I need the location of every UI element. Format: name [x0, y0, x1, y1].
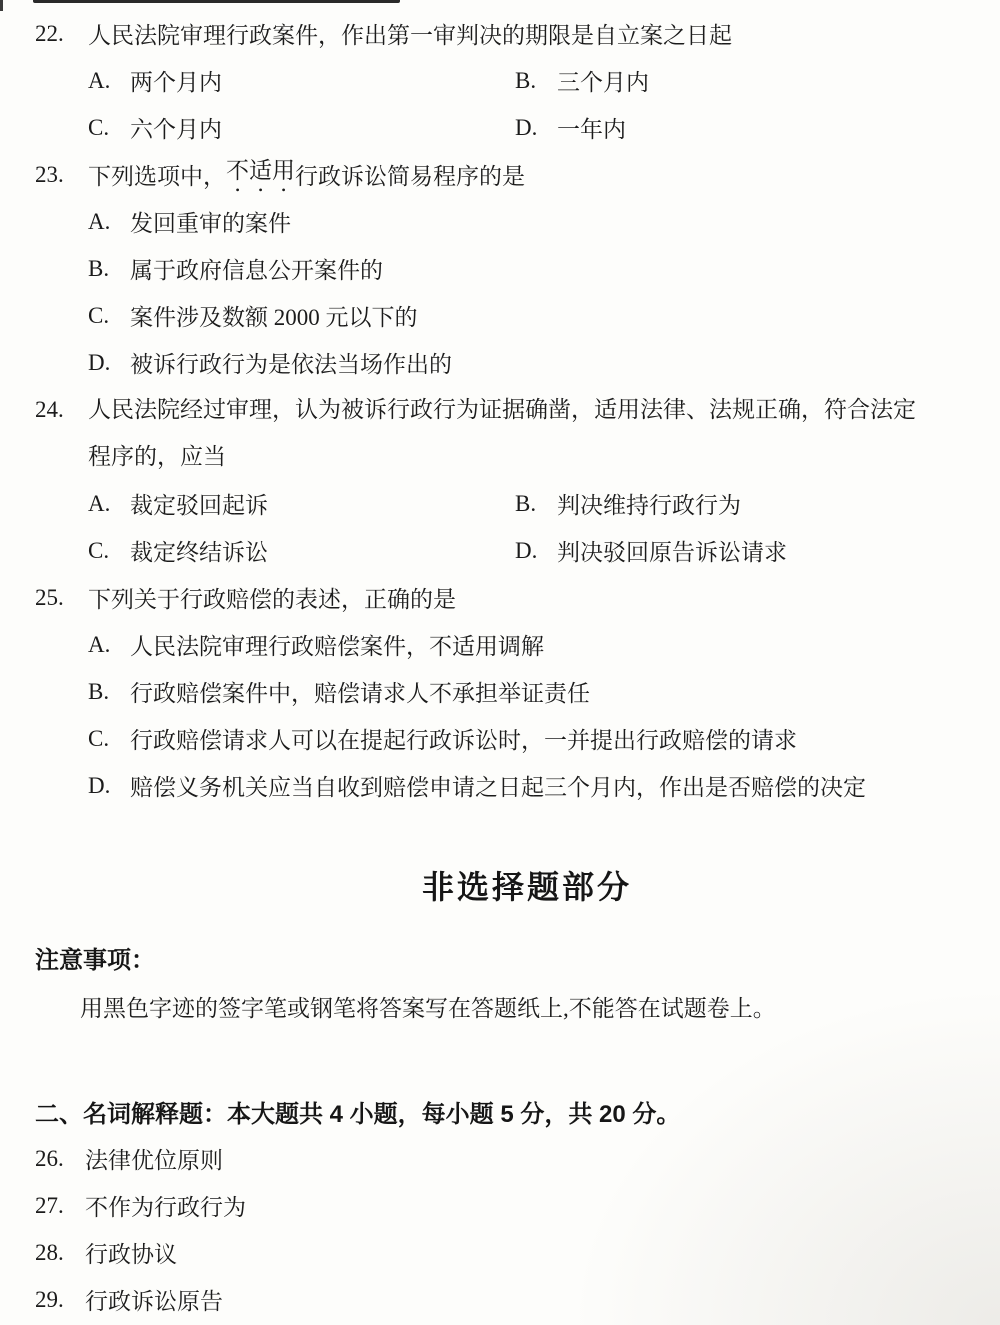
question-26: 26. 法律优位原则 [35, 1135, 962, 1182]
notice-title: 注意事项： [0, 941, 1000, 981]
option-label: D. [88, 773, 130, 799]
question-23-option-a: A. 发回重审的案件 [88, 198, 962, 245]
question-stem-text: 下列关于行政赔偿的表述，正确的是 [88, 581, 456, 614]
option-label: C. [88, 115, 130, 141]
option-text: 被诉行政行为是依法当场作出的 [130, 346, 452, 379]
question-stem-text: 人民法院审理行政案件，作出第一审判决的期限是自立案之日起 [88, 17, 732, 50]
option-label: B. [88, 679, 130, 705]
option-text: 案件涉及数额 2000 元以下的 [130, 299, 418, 332]
option-a: A. 人民法院审理行政赔偿案件，不适用调解 [88, 628, 544, 661]
option-label: B. [515, 491, 557, 517]
question-stem-text: 下列选项中， [88, 158, 226, 191]
option-a: A. 发回重审的案件 [88, 205, 291, 238]
option-b: B. 三个月内 [515, 64, 649, 97]
question-number: 26. [35, 1146, 85, 1172]
option-c: C. 裁定终结诉讼 [88, 534, 515, 567]
option-label: B. [88, 256, 130, 282]
multiple-choice-section: 22. 人民法院审理行政案件，作出第一审判决的期限是自立案之日起 A. 两个月内… [0, 0, 1000, 809]
option-label: D. [515, 538, 557, 564]
option-c: C. 六个月内 [88, 111, 515, 144]
option-label: B. [515, 68, 557, 94]
question-23-option-b: B. 属于政府信息公开案件的 [88, 245, 962, 292]
question-25-option-b: B. 行政赔偿案件中，赔偿请求人不承担举证责任 [88, 668, 962, 715]
option-d: D. 被诉行政行为是依法当场作出的 [88, 346, 452, 379]
option-text: 裁定驳回起诉 [130, 487, 268, 520]
question-number: 28. [35, 1240, 85, 1266]
question-text: 不作为行政行为 [85, 1189, 246, 1222]
option-text: 六个月内 [130, 111, 222, 144]
option-label: A. [88, 209, 130, 235]
option-text: 发回重审的案件 [130, 205, 291, 238]
question-number: 27. [35, 1193, 85, 1219]
option-a: A. 裁定驳回起诉 [88, 487, 515, 520]
question-29: 29. 行政诉讼原告 [35, 1276, 962, 1323]
question-25-option-a: A. 人民法院审理行政赔偿案件，不适用调解 [88, 621, 962, 668]
option-text: 判决维持行政行为 [557, 487, 741, 520]
section-heading: 非选择题部分 [0, 864, 1000, 911]
question-24-stem: 24. 人民法院经过审理，认为被诉行政行为证据确凿，适用法律、法规正确，符合法定… [35, 386, 962, 480]
emphasized-text: 不适用 [226, 152, 295, 197]
option-label: A. [88, 632, 130, 658]
option-d: D. 判决驳回原告诉讼请求 [515, 534, 787, 567]
option-text: 行政赔偿请求人可以在提起行政诉讼时，一并提出行政赔偿的请求 [130, 722, 797, 755]
option-b: B. 判决维持行政行为 [515, 487, 741, 520]
question-22-options-row-1: A. 两个月内 B. 三个月内 [88, 57, 962, 104]
question-24-options-row-1: A. 裁定驳回起诉 B. 判决维持行政行为 [88, 480, 962, 527]
question-stem-line-1: 人民法院经过审理，认为被诉行政行为证据确凿，适用法律、法规正确，符合法定 [88, 386, 916, 433]
question-22-stem: 22. 人民法院审理行政案件，作出第一审判决的期限是自立案之日起 [35, 10, 962, 57]
exam-page: 22. 人民法院审理行政案件，作出第一审判决的期限是自立案之日起 A. 两个月内… [0, 0, 1000, 1325]
option-text: 行政赔偿案件中，赔偿请求人不承担举证责任 [130, 675, 590, 708]
question-stem-wrap: 人民法院经过审理，认为被诉行政行为证据确凿，适用法律、法规正确，符合法定 程序的… [88, 386, 916, 480]
question-22-options-row-2: C. 六个月内 D. 一年内 [88, 104, 962, 151]
question-23-stem: 23. 下列选项中，不适用行政诉讼简易程序的是 [35, 151, 962, 198]
option-text: 判决驳回原告诉讼请求 [557, 534, 787, 567]
option-b: B. 属于政府信息公开案件的 [88, 252, 383, 285]
option-text: 人民法院审理行政赔偿案件，不适用调解 [130, 628, 544, 661]
option-text: 赔偿义务机关应当自收到赔偿申请之日起三个月内，作出是否赔偿的决定 [130, 769, 866, 802]
question-23-option-d: D. 被诉行政行为是依法当场作出的 [88, 339, 962, 386]
option-label: A. [88, 491, 130, 517]
question-stem-text: 行政诉讼简易程序的是 [295, 158, 525, 191]
question-number: 29. [35, 1287, 85, 1313]
cutoff-text-fragment [33, 0, 400, 3]
option-d: D. 赔偿义务机关应当自收到赔偿申请之日起三个月内，作出是否赔偿的决定 [88, 769, 866, 802]
option-text: 一年内 [557, 111, 626, 144]
question-stem-line-2: 程序的，应当 [88, 433, 916, 480]
option-text: 两个月内 [130, 64, 222, 97]
option-label: D. [515, 115, 557, 141]
question-25-option-d: D. 赔偿义务机关应当自收到赔偿申请之日起三个月内，作出是否赔偿的决定 [88, 762, 962, 809]
part2-heading: 二、名词解释题：本大题共 4 小题，每小题 5 分，共 20 分。 [0, 1095, 1000, 1135]
question-25-option-c: C. 行政赔偿请求人可以在提起行政诉讼时，一并提出行政赔偿的请求 [88, 715, 962, 762]
question-25-stem: 25. 下列关于行政赔偿的表述，正确的是 [35, 574, 962, 621]
option-label: A. [88, 68, 130, 94]
notice-body: 用黑色字迹的签字笔或钢笔将答案写在答题纸上,不能答在试题卷上。 [0, 989, 1000, 1029]
option-label: C. [88, 538, 130, 564]
question-text: 行政诉讼原告 [85, 1283, 223, 1316]
option-label: D. [88, 350, 130, 376]
question-text: 行政协议 [85, 1236, 177, 1269]
question-28: 28. 行政协议 [35, 1229, 962, 1276]
option-d: D. 一年内 [515, 111, 626, 144]
question-number: 23. [35, 162, 88, 188]
question-text: 法律优位原则 [85, 1142, 223, 1175]
question-23-option-c: C. 案件涉及数额 2000 元以下的 [88, 292, 962, 339]
option-text: 三个月内 [557, 64, 649, 97]
definition-questions: 26. 法律优位原则 27. 不作为行政行为 28. 行政协议 29. 行政诉讼… [0, 1135, 1000, 1323]
option-text: 裁定终结诉讼 [130, 534, 268, 567]
option-c: C. 行政赔偿请求人可以在提起行政诉讼时，一并提出行政赔偿的请求 [88, 722, 797, 755]
option-text: 属于政府信息公开案件的 [130, 252, 383, 285]
option-label: C. [88, 726, 130, 752]
question-number: 24. [35, 386, 88, 433]
question-number: 25. [35, 585, 88, 611]
option-a: A. 两个月内 [88, 64, 515, 97]
question-number: 22. [35, 21, 88, 47]
scan-edge-mark [0, 0, 3, 11]
option-b: B. 行政赔偿案件中，赔偿请求人不承担举证责任 [88, 675, 590, 708]
question-24-options-row-2: C. 裁定终结诉讼 D. 判决驳回原告诉讼请求 [88, 527, 962, 574]
option-c: C. 案件涉及数额 2000 元以下的 [88, 299, 418, 332]
option-label: C. [88, 303, 130, 329]
question-27: 27. 不作为行政行为 [35, 1182, 962, 1229]
